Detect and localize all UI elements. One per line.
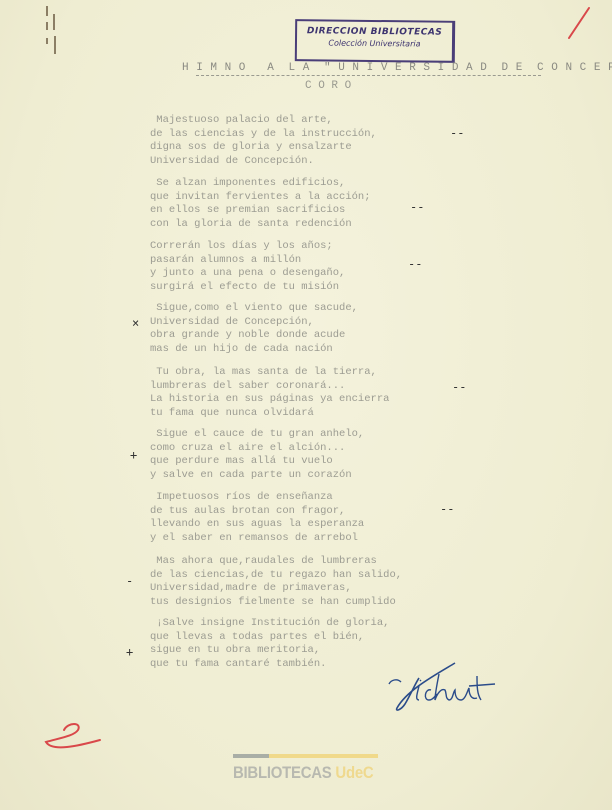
poem-line: de tus aulas brotan con fragor, (150, 505, 364, 519)
poem-line: tus designios fielmente se han cumplido (150, 596, 402, 610)
poem-line: surgirá el efecto de tu misión (150, 281, 345, 295)
poem-line: que invitan fervientes a la acción; (150, 191, 371, 205)
margin-annotation: + (130, 448, 137, 462)
poem-line: que tu fama cantaré también. (150, 658, 389, 672)
poem-line: y el saber en remansos de arrebol (150, 532, 364, 546)
stanza: Se alzan imponentes edificios,que invita… (150, 177, 371, 231)
bibliotecas-udec-logo: BIBLIOTECAS UdeC (233, 763, 373, 783)
chorus-heading: C O R O (305, 80, 351, 92)
margin-annotation: -- (408, 257, 422, 271)
handwritten-signature (385, 660, 505, 715)
poem-line: lumbreras del saber coronará... (150, 380, 389, 394)
poem-line: Correrán los días y los años; (150, 240, 345, 254)
library-stamp: DIRECCION BIBLIOTECAS Colección Universi… (295, 19, 455, 63)
poem-line: en ellos se premian sacrificios (150, 204, 371, 218)
poem-line: La historia en sus páginas ya encierra (150, 393, 389, 407)
margin-annotation: × (132, 316, 139, 330)
stanza: Mas ahora que,raudales de lumbrerasde la… (150, 555, 402, 609)
margin-annotation: -- (440, 502, 454, 516)
poem-line: de las ciencias y de la instrucción, (150, 128, 377, 142)
document-page: DIRECCION BIBLIOTECAS Colección Universi… (0, 0, 612, 810)
poem-line: pasarán alumnos a millón (150, 254, 345, 268)
poem-line: Tu obra, la mas santa de la tierra, (150, 366, 389, 380)
poem-line: que perdure mas allá tu vuelo (150, 455, 364, 469)
handwritten-page-number (38, 718, 108, 758)
poem-line: Se alzan imponentes edificios, (150, 177, 371, 191)
poem-line: obra grande y noble donde acude (150, 329, 358, 343)
poem-line: que llevas a todas partes el bién, (150, 631, 389, 645)
margin-annotation: -- (450, 126, 464, 140)
stanza: Sigue el cauce de tu gran anhelo,como cr… (150, 428, 364, 482)
red-check-mark (566, 5, 592, 41)
poem-line: ¡Salve insigne Institución de gloria, (150, 617, 389, 631)
stamp-line-1: DIRECCION BIBLIOTECAS (297, 26, 452, 38)
poem-line: digna sos de gloria y ensalzarte (150, 141, 377, 155)
stanza: Majestuoso palacio del arte,de las cienc… (150, 114, 377, 168)
margin-annotation: + (126, 645, 133, 659)
logo-bar (233, 754, 378, 758)
poem-line: sigue en tu obra meritoria, (150, 644, 389, 658)
stamp-line-2: Colección Universitaria (297, 38, 452, 49)
poem-line: Mas ahora que,raudales de lumbreras (150, 555, 402, 569)
poem-line: Universidad,madre de primaveras, (150, 582, 402, 596)
document-title: H I M N O A L A " U N I V E R S I D A D … (182, 62, 612, 74)
poem-line: con la gloria de santa redención (150, 218, 371, 232)
poem-line: Universidad de Concepción. (150, 155, 377, 169)
stanza: Tu obra, la mas santa de la tierra,lumbr… (150, 366, 389, 420)
poem-line: tu fama que nunca olvidará (150, 407, 389, 421)
binding-marks (44, 2, 58, 60)
stanza: Sigue,como el viento que sacude,Universi… (150, 302, 358, 356)
poem-line: de las ciencias,de tu regazo han salido, (150, 569, 402, 583)
title-underline (196, 75, 541, 76)
poem-line: y junto a una pena o desengaño, (150, 267, 345, 281)
stanza: ¡Salve insigne Institución de gloria,que… (150, 617, 389, 671)
stanza: Correrán los días y los años;pasarán alu… (150, 240, 345, 294)
poem-line: como cruza el aire el alción... (150, 442, 364, 456)
margin-annotation: - (126, 574, 133, 588)
margin-annotation: -- (410, 200, 424, 214)
poem-line: Sigue el cauce de tu gran anhelo, (150, 428, 364, 442)
poem-line: y salve en cada parte un corazón (150, 469, 364, 483)
poem-line: llevando en sus aguas la esperanza (150, 518, 364, 532)
poem-line: Universidad de Concepción, (150, 316, 358, 330)
poem-line: Sigue,como el viento que sacude, (150, 302, 358, 316)
margin-annotation: -- (452, 380, 466, 394)
poem-line: Impetuosos ríos de enseñanza (150, 491, 364, 505)
stanza: Impetuosos ríos de enseñanzade tus aulas… (150, 491, 364, 545)
poem-line: Majestuoso palacio del arte, (150, 114, 377, 128)
poem-line: mas de un hijo de cada nación (150, 343, 358, 357)
